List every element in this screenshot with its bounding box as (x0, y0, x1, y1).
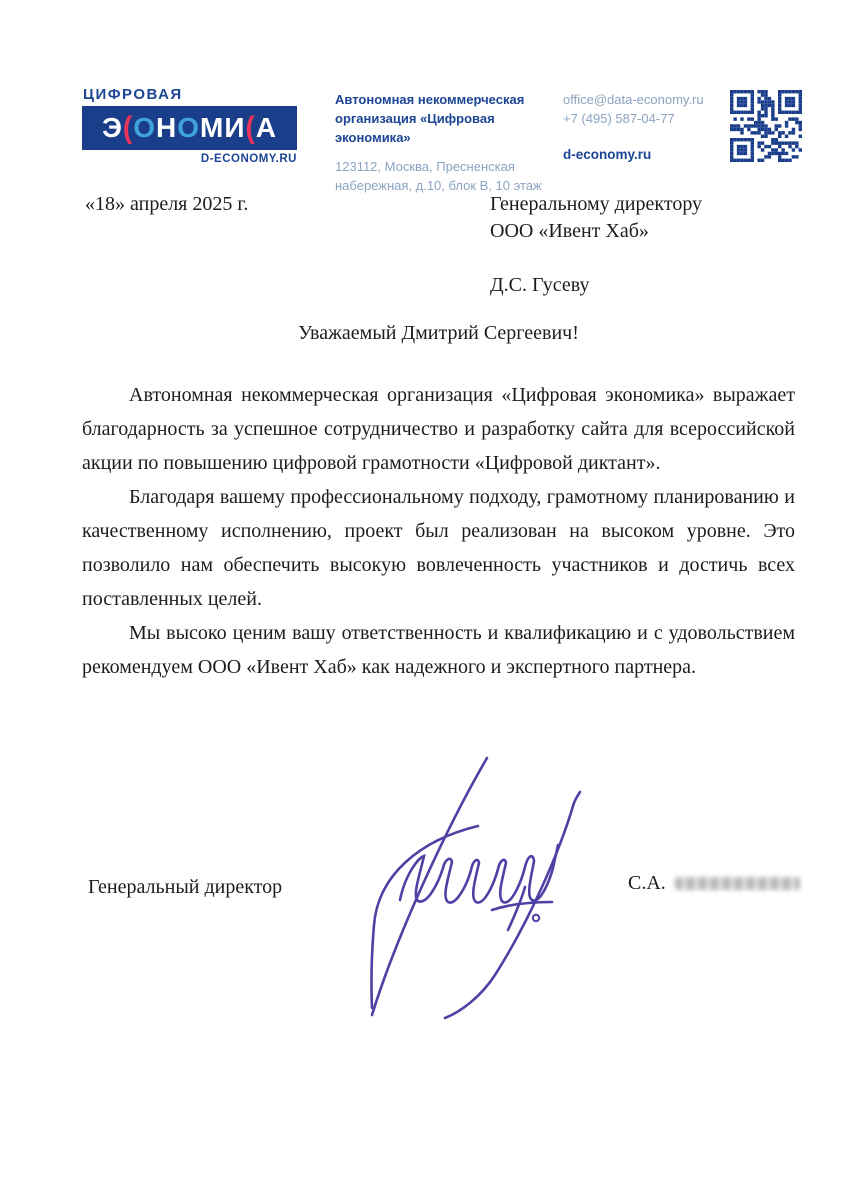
letter-page: ЦИФРОВАЯ Э(ОНОМИ(А D-ECONOMY.RU Автономн… (0, 0, 849, 1200)
logo-letter: О (177, 114, 200, 142)
handwritten-signature (346, 736, 594, 1026)
paragraphs-container: Автономная некоммерческая организация «Ц… (82, 378, 795, 684)
logo-letter: ( (245, 113, 255, 143)
logo-word: Э(ОНОМИ(А (102, 114, 277, 142)
logo-letter: О (133, 114, 156, 142)
signer-name: С.А. (628, 872, 800, 895)
salutation: Уважаемый Дмитрий Сергеевич! (82, 316, 795, 350)
body-paragraph: Мы высоко ценим вашу ответственность и к… (82, 616, 795, 684)
logo-letter: И (224, 114, 245, 142)
logo-letter: А (256, 114, 277, 142)
org-info-column: Автономная некоммерческая организация «Ц… (335, 90, 560, 195)
website-text: d-economy.ru (563, 147, 728, 162)
letter-date: «18» апреля 2025 г. (85, 193, 248, 216)
signer-position-title: Генеральный директор (88, 876, 282, 899)
logo-top-word: ЦИФРОВАЯ (83, 86, 183, 103)
logo-letter: ( (123, 113, 133, 143)
body-paragraph: Благодаря вашему профессиональному подхо… (82, 480, 795, 616)
phone-text: +7 (495) 587-04-77 (563, 109, 728, 128)
org-name-line2: организация «Цифровая экономика» (335, 109, 560, 147)
signer-initials: С.А. (628, 872, 666, 895)
logo-letter: М (200, 114, 224, 142)
letter-body: Уважаемый Дмитрий Сергеевич! Автономная … (82, 316, 795, 684)
body-paragraph: Автономная некоммерческая организация «Ц… (82, 378, 795, 480)
email-text: office@data-economy.ru (563, 90, 728, 109)
redacted-surname (675, 877, 800, 890)
logo-domain-text: D-ECONOMY.RU (82, 153, 297, 165)
logo-letter: Э (102, 114, 123, 142)
org-name-line1: Автономная некоммерческая (335, 90, 560, 109)
contact-column: office@data-economy.ru +7 (495) 587-04-7… (563, 90, 728, 162)
org-address-line1: 123112, Москва, Пресненская (335, 157, 560, 176)
recipient-block: Генеральному директору ООО «Ивент Хаб» Д… (490, 191, 702, 299)
qr-code (730, 90, 802, 162)
logo-letter: Н (156, 114, 177, 142)
company-logo: Э(ОНОМИ(А (82, 106, 297, 150)
